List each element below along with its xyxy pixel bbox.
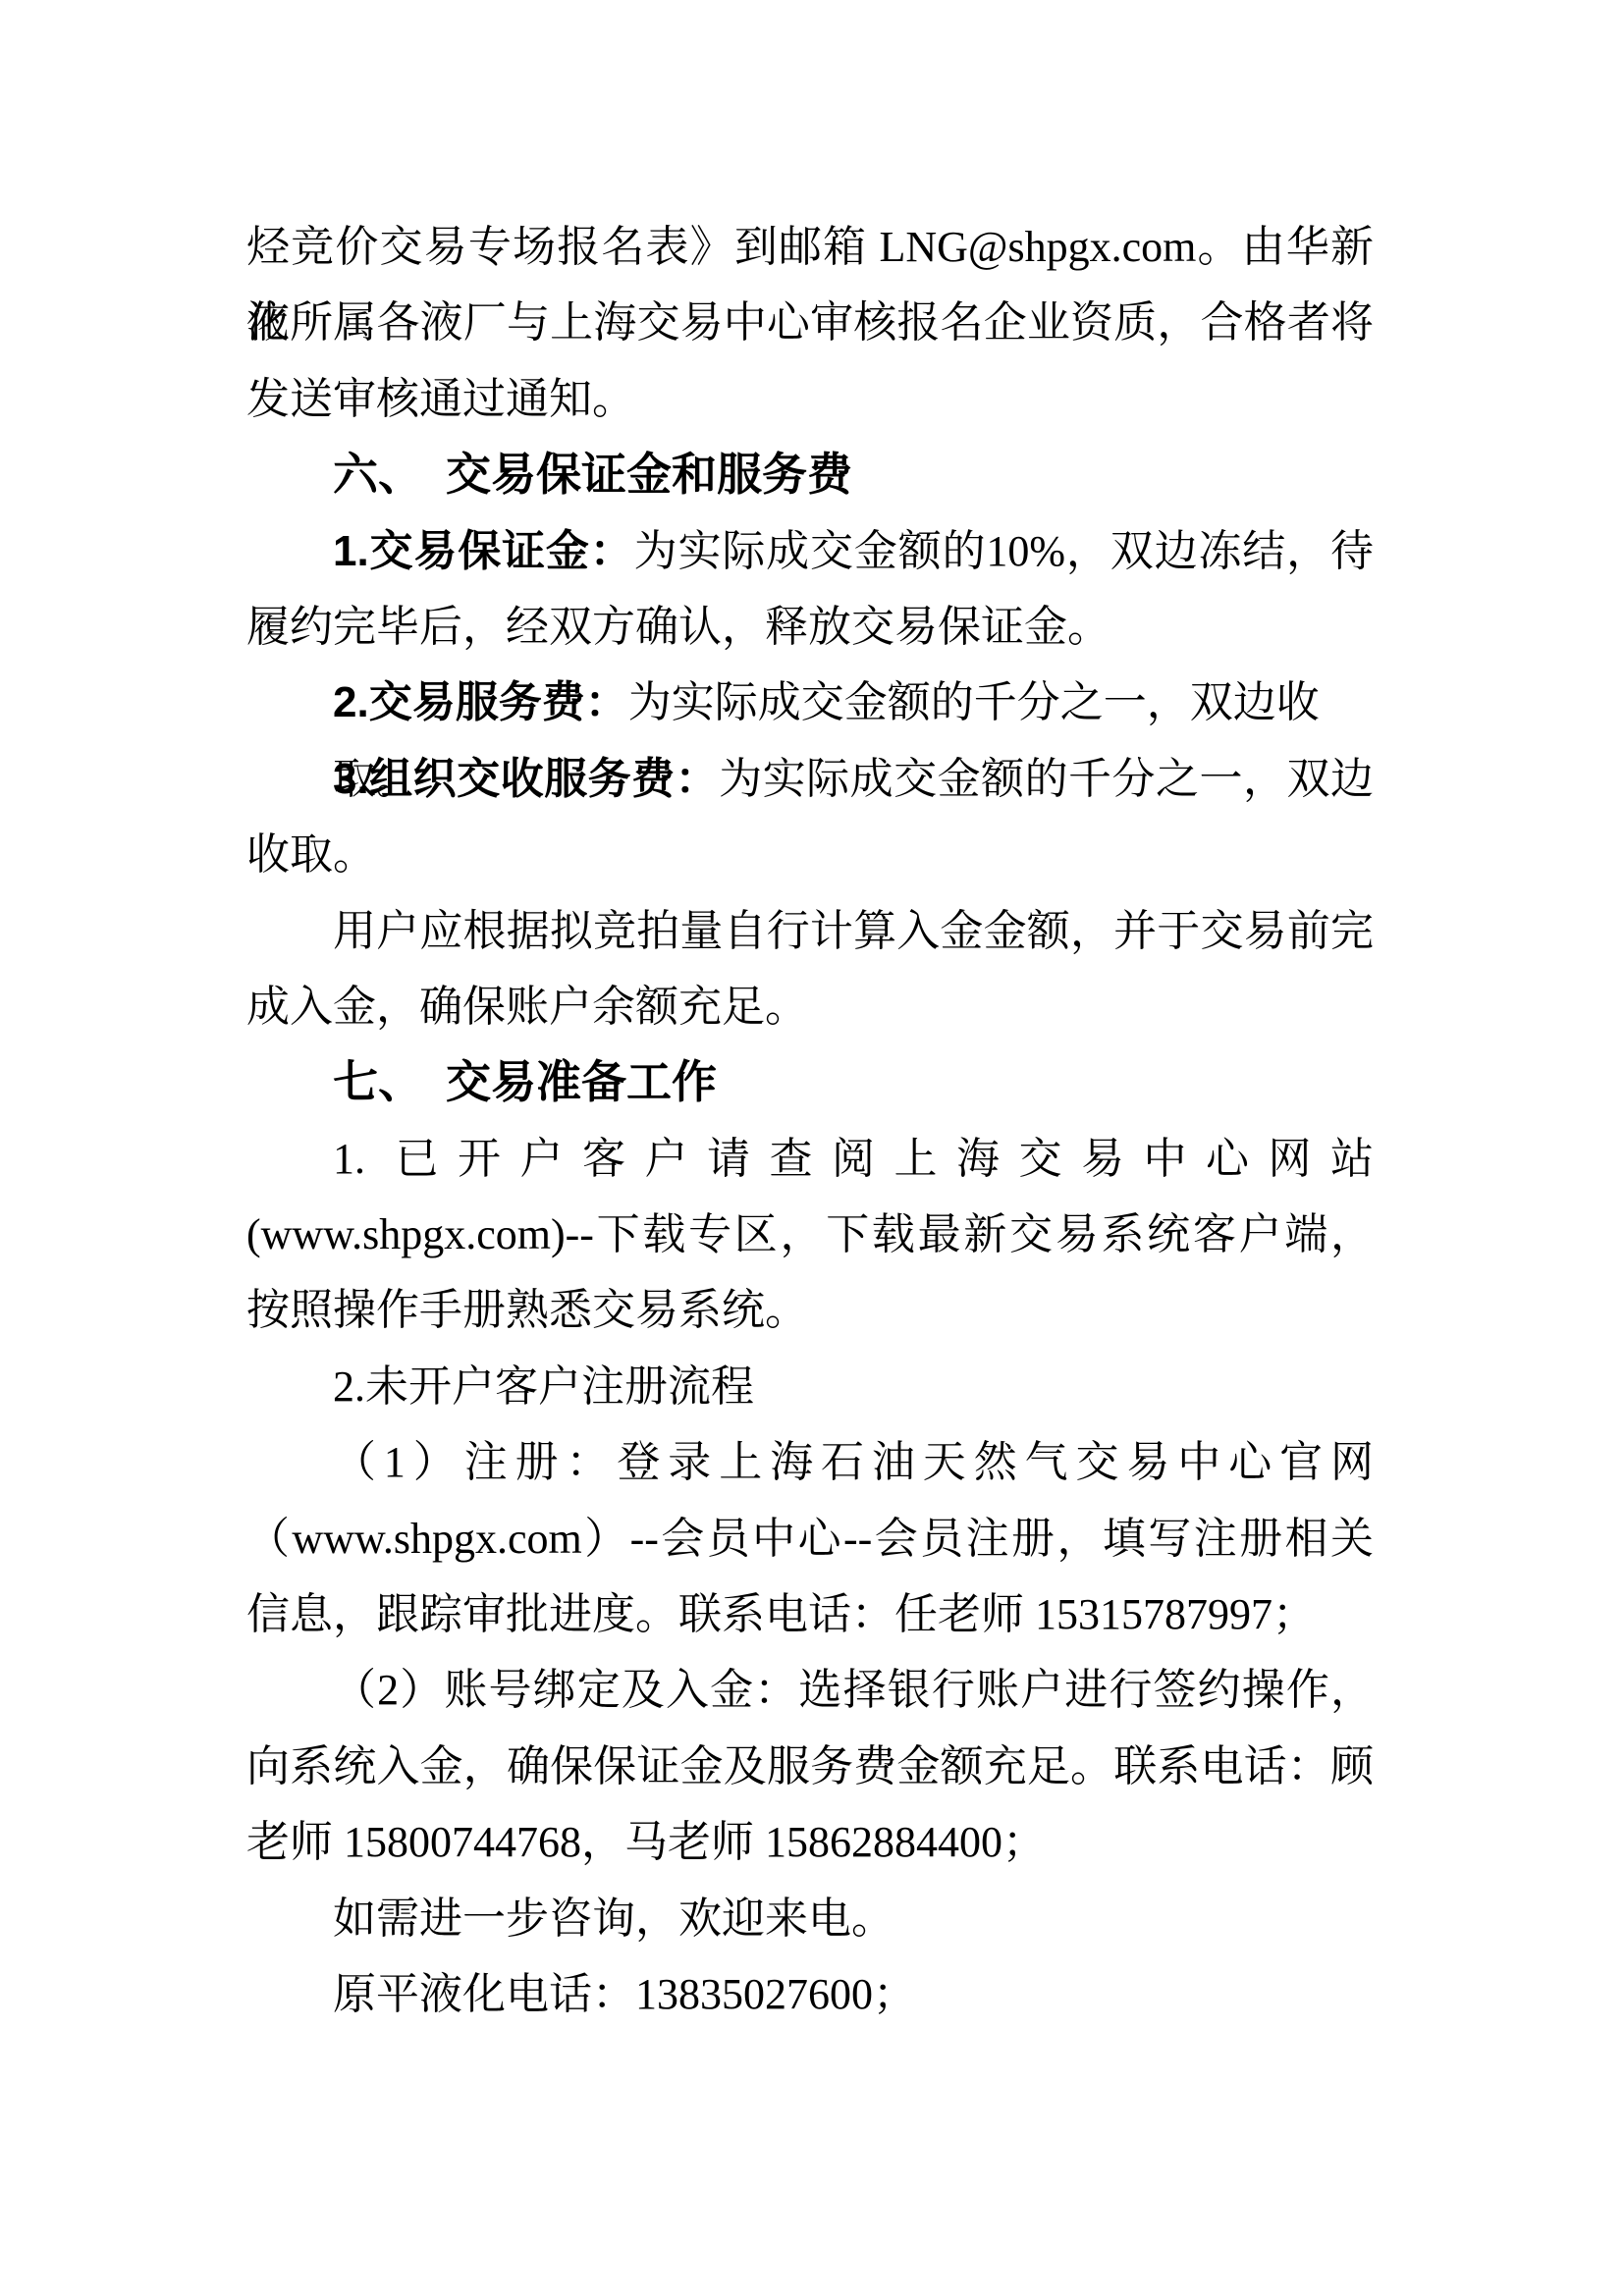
text-segment: （2）账号绑定及入金：选择银行账户进行签约操作， xyxy=(333,1666,1374,1714)
text-segment: 信息，跟踪审批进度。联系电话：任老师 15315787997； xyxy=(246,1590,1316,1638)
text-segment: （1）注册：登录上海石油天然气交易中心官网 xyxy=(333,1438,1374,1486)
text-line: （www.shpgx.com）--会员中心--会员注册，填写注册相关 xyxy=(246,1501,1374,1576)
text-line: 3.组织交收服务费：为实际成交金额的千分之一，双边 xyxy=(246,741,1374,817)
text-line: （2）账号绑定及入金：选择银行账户进行签约操作， xyxy=(246,1652,1374,1728)
text-segment: 为实际成交金额的千分之一，双边 xyxy=(719,755,1374,803)
text-line: 如需进一步咨询，欢迎来电。 xyxy=(246,1881,1374,1956)
text-segment: 老师 15800744768，马老师 15862884400； xyxy=(246,1818,1046,1866)
text-line: 1. 已开户客户请查阅上海交易中心网站 xyxy=(246,1121,1374,1197)
text-segment: (www.shpgx.com)--下载专区，下载最新交易系统客户端， xyxy=(246,1210,1374,1258)
text-segment: （www.shpgx.com）--会员中心--会员注册，填写注册相关 xyxy=(246,1515,1374,1563)
text-line: 按照操作手册熟悉交易系统。 xyxy=(246,1272,1374,1348)
text-segment: 发送审核通过通知。 xyxy=(246,375,635,423)
document-page: 烃竞价交易专场报名表》到邮箱 LNG@shpgx.com。由华新液化所属各液厂与… xyxy=(0,0,1624,2296)
document-body: 烃竞价交易专场报名表》到邮箱 LNG@shpgx.com。由华新液化所属各液厂与… xyxy=(246,209,1374,2032)
text-line: 成入金，确保账户余额充足。 xyxy=(246,969,1374,1044)
text-line: （1）注册：登录上海石油天然气交易中心官网 xyxy=(246,1424,1374,1500)
text-line: 履约完毕后，经双方确认，释放交易保证金。 xyxy=(246,589,1374,665)
text-segment: 1. 已开户客户请查阅上海交易中心网站 xyxy=(333,1135,1374,1183)
text-line: 向系统入金，确保保证金及服务费金额充足。联系电话：顾 xyxy=(246,1729,1374,1804)
text-line: 发送审核通过通知。 xyxy=(246,361,1374,437)
text-segment: 用户应根据拟竞拍量自行计算入金金额，并于交易前完 xyxy=(333,907,1374,955)
text-segment: 原平液化电话：13835027600； xyxy=(333,1970,916,2018)
text-line: 1.交易保证金：为实际成交金额的10%，双边冻结，待 xyxy=(246,513,1374,589)
text-segment: 如需进一步咨询，欢迎来电。 xyxy=(333,1895,894,1943)
text-segment: 化所属各液厂与上海交易中心审核报名企业资质，合格者将 xyxy=(246,298,1374,347)
heading-text: 七、 交易准备工作 xyxy=(333,1056,717,1107)
text-line: 化所属各液厂与上海交易中心审核报名企业资质，合格者将 xyxy=(246,285,1374,360)
text-line: 烃竞价交易专场报名表》到邮箱 LNG@shpgx.com。由华新液 xyxy=(246,209,1374,285)
text-segment: 履约完毕后，经双方确认，释放交易保证金。 xyxy=(246,603,1110,651)
text-segment: 收取。 xyxy=(246,830,376,879)
text-segment: 2.未开户客户注册流程 xyxy=(333,1362,754,1411)
text-line: 用户应根据拟竞拍量自行计算入金金额，并于交易前完 xyxy=(246,893,1374,969)
section-heading: 六、 交易保证金和服务费 xyxy=(246,437,1374,512)
text-segment: 成入金，确保账户余额充足。 xyxy=(246,983,808,1031)
text-segment: 为实际成交金额的10%，双边冻结，待 xyxy=(634,527,1374,575)
text-line: 信息，跟踪审批进度。联系电话：任老师 15315787997； xyxy=(246,1576,1374,1652)
text-segment: 向系统入金，确保保证金及服务费金额充足。联系电话：顾 xyxy=(246,1742,1374,1790)
text-line: 2.未开户客户注册流程 xyxy=(246,1349,1374,1424)
text-segment: 按照操作手册熟悉交易系统。 xyxy=(246,1286,808,1334)
bold-lead-segment: 1.交易保证金： xyxy=(333,527,634,575)
heading-text: 六、 交易保证金和服务费 xyxy=(333,449,852,500)
section-heading: 七、 交易准备工作 xyxy=(246,1044,1374,1120)
bold-lead-segment: 3.组织交收服务费： xyxy=(333,755,719,803)
text-line: 收取。 xyxy=(246,817,1374,892)
text-line: 老师 15800744768，马老师 15862884400； xyxy=(246,1804,1374,1880)
text-line: 2.交易服务费：为实际成交金额的千分之一，双边收取。 xyxy=(246,665,1374,740)
text-line: (www.shpgx.com)--下载专区，下载最新交易系统客户端， xyxy=(246,1197,1374,1272)
text-line: 原平液化电话：13835027600； xyxy=(246,1956,1374,2032)
bold-lead-segment: 2.交易服务费： xyxy=(333,678,628,726)
